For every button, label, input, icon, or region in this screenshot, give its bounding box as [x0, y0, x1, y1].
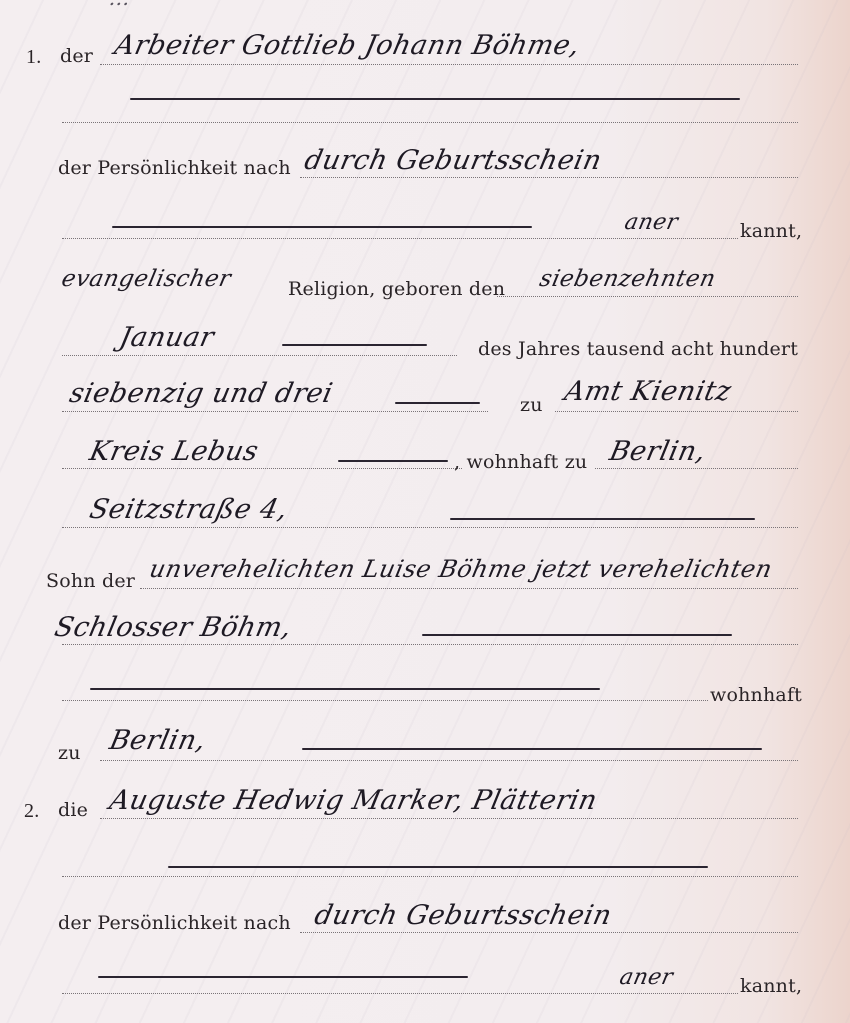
birth-day-entry[interactable]: siebenzehnten: [537, 266, 718, 292]
birth-year-entry[interactable]: siebenzig und drei: [67, 378, 336, 409]
bride-name-entry[interactable]: Auguste Hedwig Marker, Plätterin: [107, 785, 600, 816]
parent-residence-prefix: zu: [58, 742, 81, 764]
fill-stroke: [168, 866, 708, 868]
birth-place-line: [555, 411, 798, 412]
fill-stroke: [90, 688, 600, 690]
bride-known-suffix: kannt,: [740, 975, 802, 997]
cut-off-handwriting: ...: [107, 0, 133, 10]
parent-entry[interactable]: unverehelichten Luise Böhme jetzt verehe…: [147, 555, 775, 583]
religion-label: Religion, geboren den: [288, 278, 505, 300]
birth-year-line: [62, 411, 488, 412]
name-line-1: [100, 64, 798, 65]
birth-month-line: [62, 355, 457, 356]
bride-identity-line: [300, 932, 798, 933]
fill-stroke: [338, 460, 448, 462]
year-label: des Jahres tausend acht hundert: [478, 338, 798, 360]
parent-entry-2[interactable]: Schlosser Böhm,: [52, 612, 295, 643]
bride-identity-label: der Persönlichkeit nach: [58, 912, 291, 934]
section-1-article: der: [60, 45, 93, 67]
known-suffix: kannt,: [740, 220, 802, 242]
parent-residence-label: wohnhaft: [710, 684, 802, 706]
bride-name-line-2: [62, 876, 798, 877]
parent-residence-entry[interactable]: Berlin,: [107, 725, 209, 756]
birth-place-entry[interactable]: Amt Kienitz: [562, 376, 735, 407]
residence-label: , wohnhaft zu: [454, 451, 587, 473]
street-entry[interactable]: Seitzstraße 4,: [87, 494, 291, 525]
fill-stroke: [112, 226, 532, 228]
known-line: [62, 238, 738, 239]
residence-line: [595, 468, 798, 469]
fill-stroke: [395, 402, 480, 404]
street-line: [62, 527, 798, 528]
residence-entry[interactable]: Berlin,: [607, 436, 709, 467]
birth-place-prefix: zu: [520, 394, 543, 416]
parent-line: [140, 588, 798, 589]
bride-known-line: [62, 993, 738, 994]
bride-name-line: [100, 818, 798, 819]
identity-line: [300, 177, 798, 178]
birth-month-entry[interactable]: Januar: [117, 322, 217, 353]
bride-identity-entry[interactable]: durch Geburtsschein: [312, 900, 615, 931]
bride-known-entry[interactable]: aner: [617, 965, 675, 990]
section-2-number: 2.: [24, 800, 39, 823]
birth-district-entry[interactable]: Kreis Lebus: [87, 436, 262, 467]
fill-stroke: [422, 634, 732, 636]
section-2-article: die: [58, 799, 88, 821]
section-1-number: 1.: [26, 46, 41, 69]
fill-stroke: [282, 344, 427, 346]
parent-residence-line: [62, 700, 708, 701]
name-line-2: [62, 122, 798, 123]
fill-stroke: [130, 98, 740, 100]
fill-stroke: [302, 748, 762, 750]
parent-label: Sohn der: [46, 570, 135, 592]
identity-entry[interactable]: durch Geburtsschein: [302, 145, 605, 176]
fill-stroke: [450, 518, 755, 520]
birth-day-line: [497, 296, 798, 297]
known-entry[interactable]: aner: [622, 210, 680, 235]
groom-name-entry[interactable]: Arbeiter Gottlieb Johann Böhme,: [112, 30, 583, 61]
fill-stroke: [98, 976, 468, 978]
identity-label: der Persönlichkeit nach: [58, 157, 291, 179]
parent-residence-place-line: [100, 760, 798, 761]
birth-district-line: [62, 468, 462, 469]
religion-entry[interactable]: evangelischer: [59, 266, 233, 292]
parent-line-2: [62, 644, 798, 645]
